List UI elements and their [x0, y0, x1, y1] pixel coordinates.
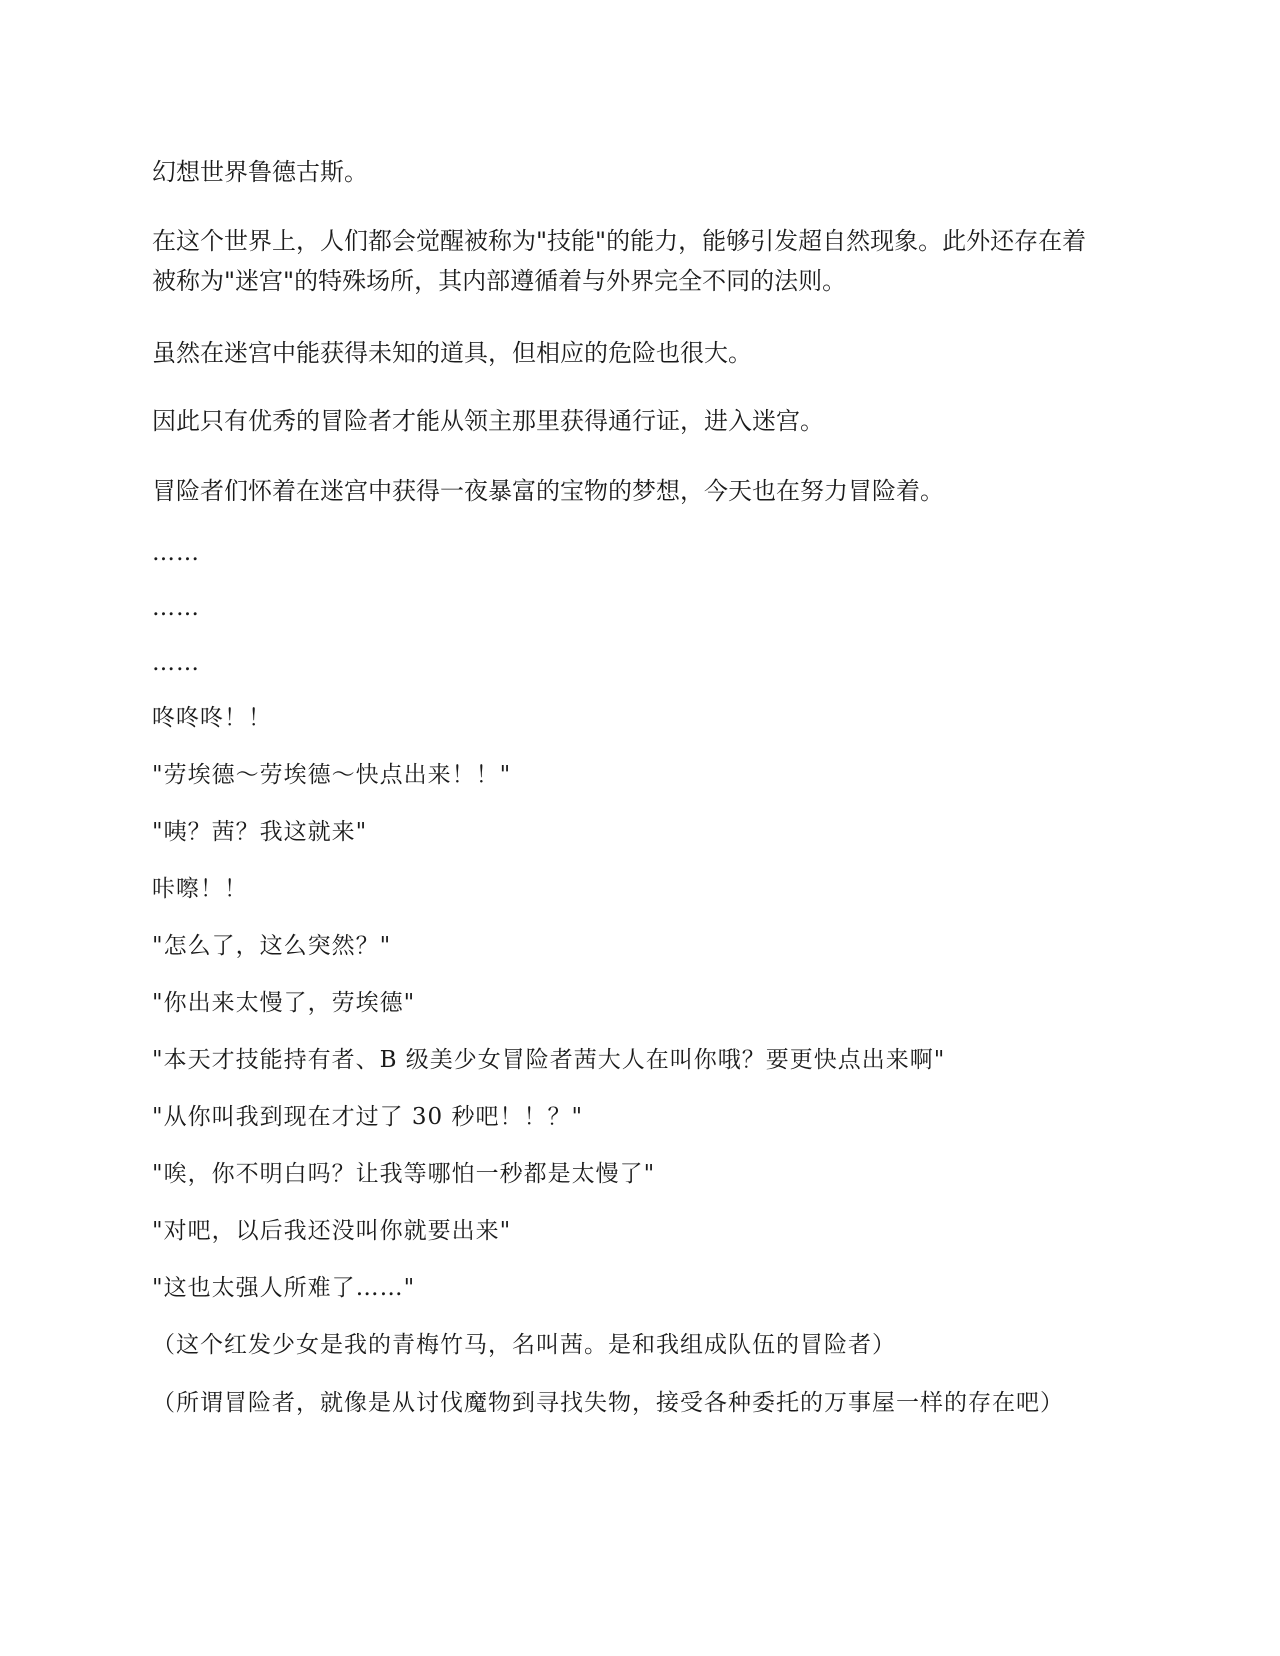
paragraph-dungeon-danger: 虽然在迷宫中能获得未知的道具，但相应的危险也很大。 — [152, 338, 752, 368]
dialogue-line: "咦？茜？我这就来" — [152, 817, 367, 847]
dialogue-line: 咚咚咚！！ — [152, 703, 272, 733]
dialogue-line: "劳埃德～劳埃德～快点出来！！" — [152, 760, 511, 790]
dialogue-line: "怎么了，这么突然？" — [152, 931, 391, 961]
dialogue-line: "这也太强人所难了……" — [152, 1273, 415, 1303]
ellipsis-line: …… — [152, 538, 200, 568]
dialogue-line: 咔嚓！！ — [152, 874, 248, 904]
ellipsis-line: …… — [152, 648, 200, 678]
dialogue-line: "唉，你不明白吗？让我等哪怕一秒都是太慢了" — [152, 1159, 655, 1189]
dialogue-line: "对吧，以后我还没叫你就要出来" — [152, 1216, 511, 1246]
paragraph-world-name: 幻想世界鲁德古斯。 — [152, 157, 368, 187]
narration-line: （所谓冒险者，就像是从讨伐魔物到寻找失物，接受各种委托的万事屋一样的存在吧） — [152, 1388, 1064, 1418]
dialogue-line: "你出来太慢了，劳埃德" — [152, 988, 415, 1018]
narration-line: （这个红发少女是我的青梅竹马，名叫茜。是和我组成队伍的冒险者） — [152, 1330, 896, 1360]
paragraph-adventurer-pass: 因此只有优秀的冒险者才能从领主那里获得通行证，进入迷宫。 — [152, 406, 824, 436]
dialogue-line: "本天才技能持有者、B 级美少女冒险者茜大人在叫你哦？要更快点出来啊" — [152, 1045, 945, 1075]
paragraph-adventurer-dream: 冒险者们怀着在迷宫中获得一夜暴富的宝物的梦想，今天也在努力冒险着。 — [152, 476, 944, 506]
document-page: 幻想世界鲁德古斯。 在这个世界上，人们都会觉醒被称为"技能"的能力，能够引发超自… — [0, 0, 1280, 1656]
dialogue-line: "从你叫我到现在才过了 30 秒吧！！？" — [152, 1102, 583, 1132]
ellipsis-line: …… — [152, 593, 200, 623]
paragraph-skills-line1: 在这个世界上，人们都会觉醒被称为"技能"的能力，能够引发超自然现象。此外还存在着 — [152, 226, 1086, 256]
paragraph-skills-line2: 被称为"迷宫"的特殊场所，其内部遵循着与外界完全不同的法则。 — [152, 266, 846, 296]
